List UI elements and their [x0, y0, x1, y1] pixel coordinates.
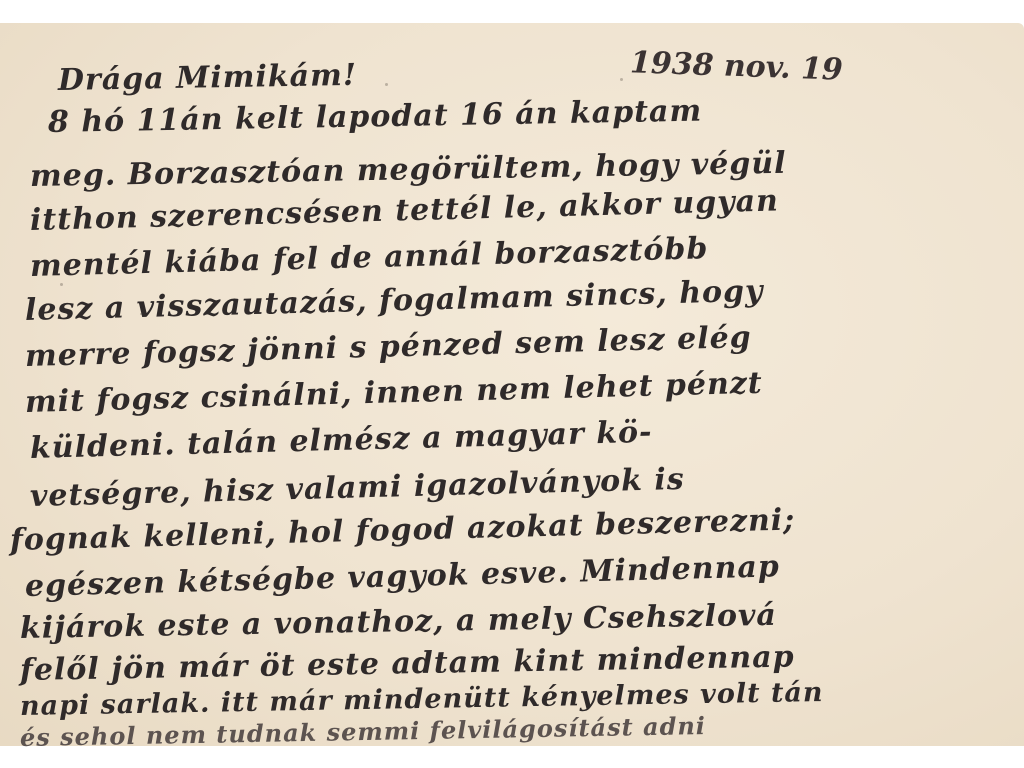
- handwritten-line: mit fogsz csinálni, innen nem lehet pénz…: [25, 366, 764, 420]
- handwritten-line: kijárok este a vonathoz, a mely Csehszlo…: [20, 598, 777, 646]
- postcard: 1938 nov. 19 Drága Mimikám! 8 hó 11án ke…: [0, 23, 1024, 746]
- handwritten-line: 8 hó 11án kelt lapodat 16 án kaptam: [48, 94, 703, 140]
- handwritten-line: merre fogsz jönni s pénzed sem lesz elég: [25, 320, 753, 374]
- handwritten-line: lesz a visszautazás, fogalmam sincs, hog…: [25, 274, 764, 328]
- handwritten-line: mentél kiába fel de annál borzasztóbb: [30, 231, 709, 284]
- letter-date: 1938 nov. 19: [629, 45, 843, 87]
- handwritten-line: küldeni. talán elmész a magyar kö-: [30, 415, 653, 466]
- handwritten-line: Drága Mimikám!: [58, 58, 358, 98]
- ink-speck: [60, 283, 63, 286]
- ink-speck: [620, 78, 623, 81]
- handwritten-line: egészen kétségbe vagyok esve. Mindennap: [25, 549, 781, 604]
- ink-speck: [385, 83, 388, 86]
- handwritten-line: vetségre, hisz valami igazolványok is: [30, 462, 686, 514]
